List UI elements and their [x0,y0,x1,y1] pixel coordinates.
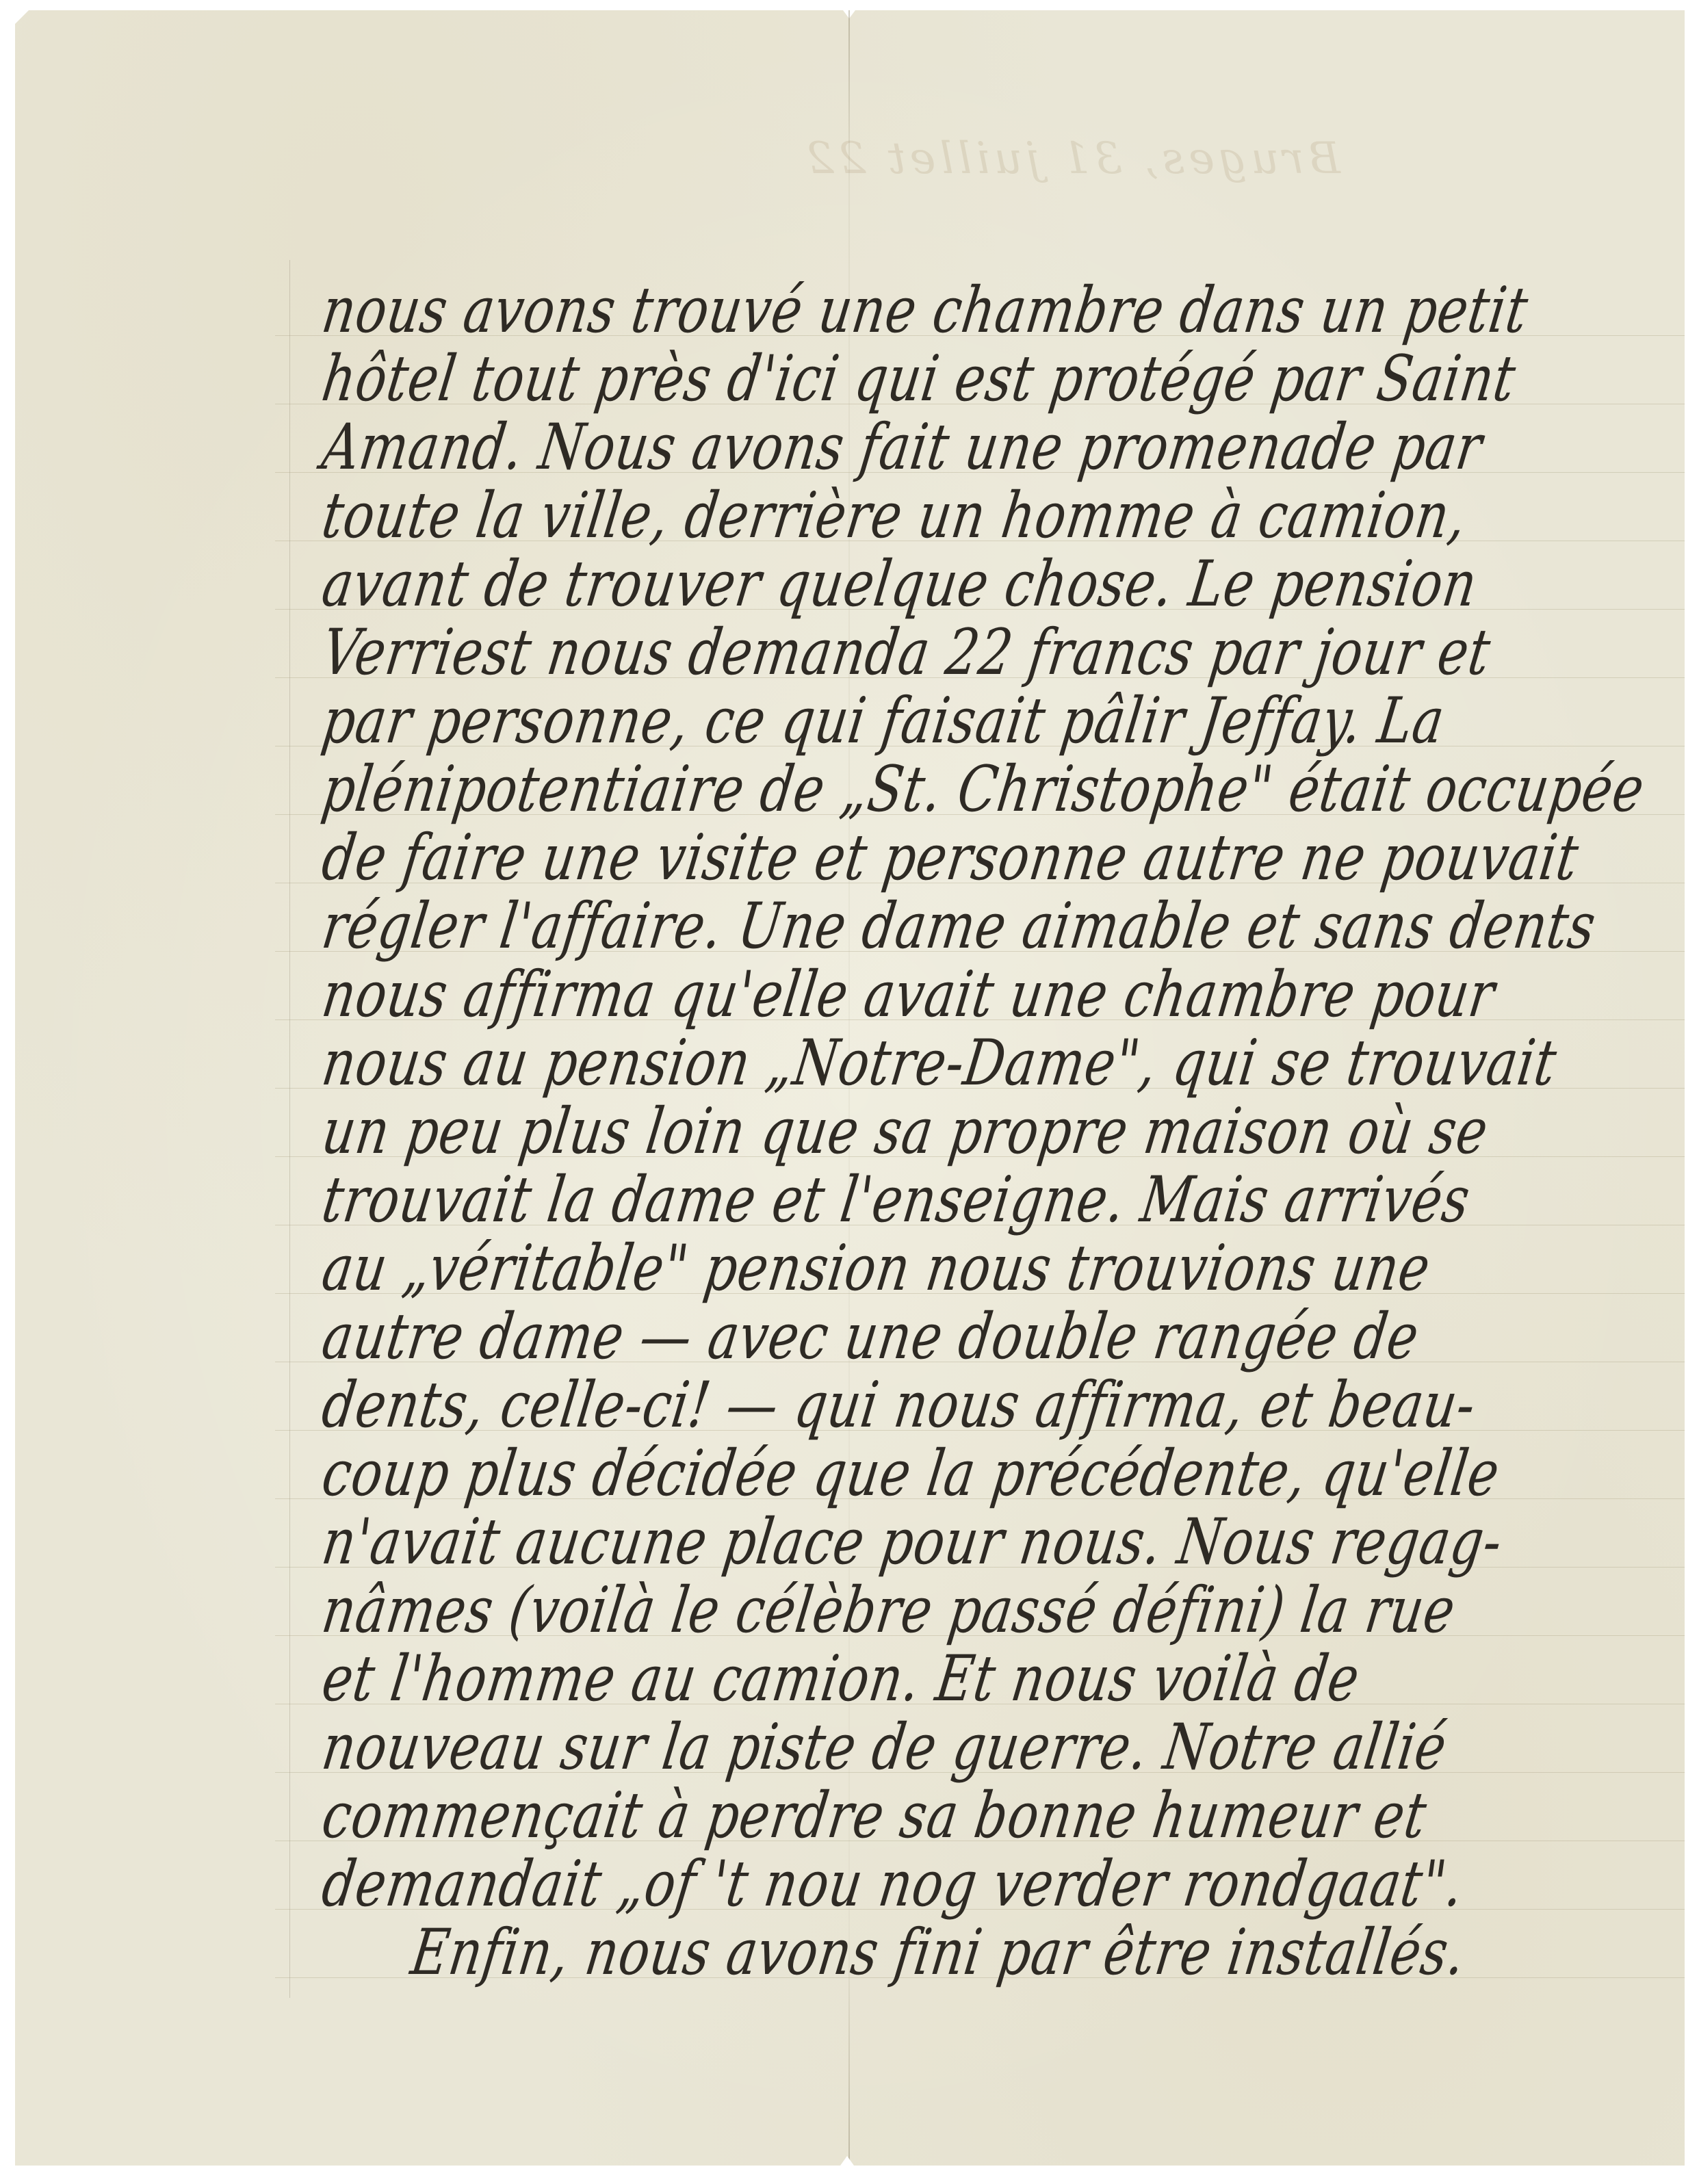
letter-page: Bruges, 31 juillet 22 nous avons trouvé … [15,10,1685,2166]
bleed-through-heading: Bruges, 31 juillet 22 [802,133,1340,184]
letter-line-closing: Enfin, nous avons fini par être installé… [405,1916,1470,2001]
fold-notch-bottom [840,2156,854,2166]
left-margin-rule [289,260,290,1998]
